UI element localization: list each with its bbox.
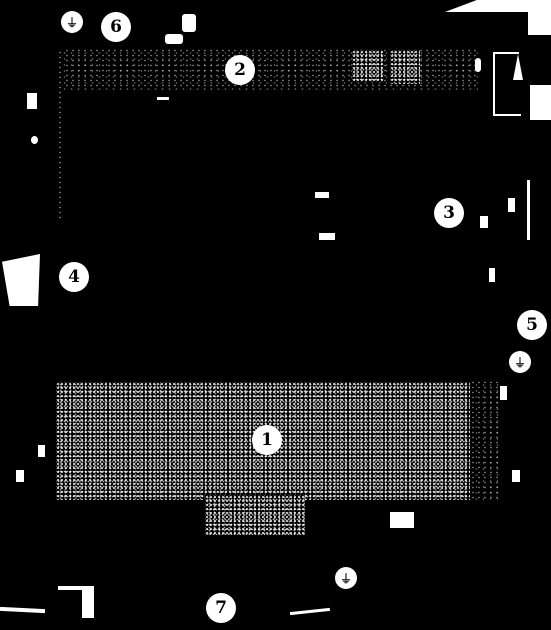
upper-dense-patch-b <box>390 50 420 84</box>
callout-5: 5 <box>517 310 547 340</box>
bottom-left-component <box>82 588 94 618</box>
mid-dash <box>157 97 169 100</box>
connector-outline-left <box>493 52 495 114</box>
mid-pad-1 <box>315 192 329 198</box>
right-lower-pad-2 <box>512 470 520 482</box>
ground-symbol-icon: ⏚ <box>335 567 357 589</box>
ground-symbol-icon: ⏚ <box>509 351 531 373</box>
left-component-small <box>27 93 37 109</box>
left-vertical-trace <box>57 50 63 220</box>
bottom-left-edge <box>0 607 45 613</box>
right-vertical-trace <box>527 180 530 240</box>
bottom-curved-trace <box>290 608 330 615</box>
upper-dense-patch-a <box>352 50 384 82</box>
right-pad-1 <box>480 216 488 228</box>
right-pad-3 <box>489 268 495 282</box>
lower-right-texture <box>470 380 500 500</box>
connector-arrow <box>513 54 523 80</box>
left-dot <box>31 136 38 144</box>
connector-outline-top <box>495 52 519 54</box>
top-component-b <box>165 34 183 44</box>
left-bright-trapezoid <box>2 254 40 306</box>
top-right-small-pad <box>475 58 481 72</box>
left-lower-pad-1 <box>38 445 45 457</box>
callout-1: 1 <box>252 425 282 455</box>
callout-4: 4 <box>59 262 89 292</box>
right-edge-block <box>530 85 551 120</box>
right-lower-pad-1 <box>500 386 507 400</box>
photo-stage: ⏚ ⏚ ⏚ 1 2 3 4 5 6 7 <box>0 0 551 630</box>
connector-outline-bottom <box>493 114 521 116</box>
callout-7: 7 <box>206 593 236 623</box>
lower-texture-extension <box>205 495 305 535</box>
callout-3: 3 <box>434 198 464 228</box>
callout-2: 2 <box>225 55 255 85</box>
left-lower-pad-2 <box>16 470 24 482</box>
bottom-component-block <box>390 512 414 528</box>
callout-6: 6 <box>101 12 131 42</box>
ground-symbol-icon: ⏚ <box>61 11 83 33</box>
mid-pad-2 <box>319 233 335 240</box>
top-right-block <box>528 0 551 35</box>
right-pad-2 <box>508 198 515 212</box>
top-component-a <box>182 14 196 32</box>
